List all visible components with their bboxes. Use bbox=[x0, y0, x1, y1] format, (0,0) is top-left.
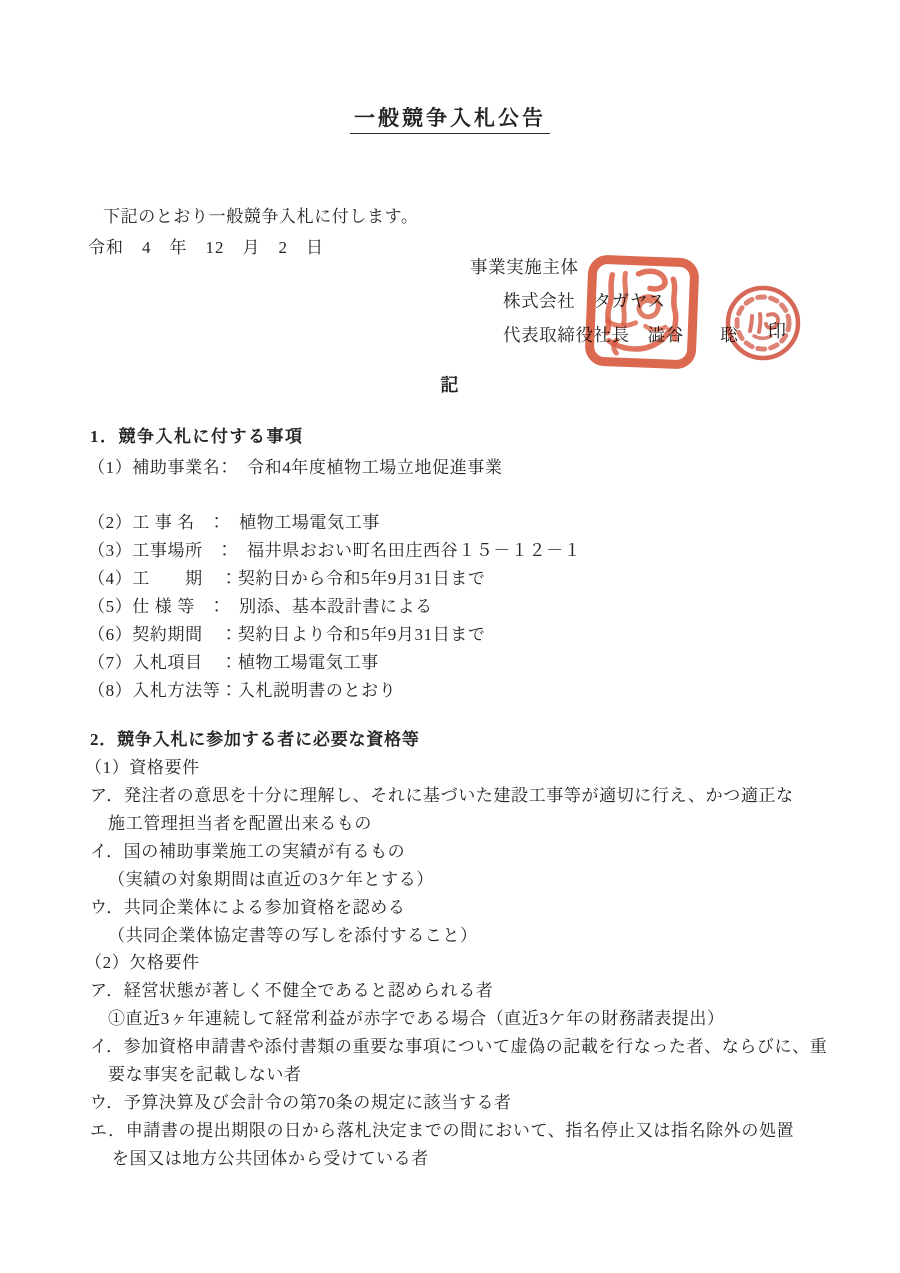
section1-item-7: （7）入札項目 ：植物工場電気工事 bbox=[88, 651, 379, 675]
sub2-item-b-line1: イ．参加資格申請書や添付書類の重要な事項について虚偽の記載を行なった者、ならびに… bbox=[90, 1035, 827, 1059]
sub1-item-b-line2: （実績の対象期間は直近の3ケ年とする） bbox=[108, 868, 434, 892]
sub2-item-d-line1: エ．申請書の提出期限の日から落札決定までの間において、指名停止又は指名除外の処置 bbox=[90, 1119, 794, 1143]
section1-item-5: （5）仕 様 等 ： 別添、基本設計書による bbox=[88, 595, 433, 619]
page-title: 一般競争入札公告 bbox=[0, 102, 900, 132]
sub1-item-a-line1: ア．発注者の意思を十分に理解し、それに基づいた建設工事等が適切に行え、かつ適正な bbox=[90, 784, 794, 808]
document-page: 一般競争入札公告 下記のとおり一般競争入札に付します。 令和 4 年 12 月 … bbox=[0, 0, 900, 1273]
section1-item-6: （6）契約期間 ：契約日より令和5年9月31日まで bbox=[88, 623, 486, 647]
section1-item-2: （2）工 事 名 ： 植物工場電気工事 bbox=[88, 511, 380, 535]
sub2-item-c-line1: ウ．予算決算及び会計令の第70条の規定に該当する者 bbox=[90, 1091, 512, 1115]
section1-item-1: （1）補助事業名： 令和4年度植物工場立地促進事業 bbox=[88, 456, 503, 480]
record-mark: 記 bbox=[0, 371, 900, 397]
company-square-seal-stamp bbox=[582, 252, 702, 372]
round-seal-stamp bbox=[724, 284, 802, 362]
sub1-item-a-line2: 施工管理担当者を配置出来るもの bbox=[108, 812, 372, 836]
sub2-item-b-line2: 要な事実を記載しない者 bbox=[108, 1063, 302, 1087]
intro-text: 下記のとおり一般競争入札に付します。 bbox=[103, 205, 418, 229]
sub2-item-a-line2: ①直近3ヶ年連続して経常利益が赤字である場合（直近3ケ年の財務諸表提出） bbox=[108, 1007, 725, 1031]
section1-heading: 1．競争入札に付する事項 bbox=[90, 425, 304, 449]
issuer-label: 事業実施主体 bbox=[470, 255, 579, 279]
section1-item-8: （8）入札方法等：入札説明書のとおり bbox=[88, 679, 396, 703]
section2-sub2-heading: （2）欠格要件 bbox=[85, 951, 200, 975]
sub1-item-c-line1: ウ．共同企業体による参加資格を認める bbox=[90, 896, 405, 920]
date-line: 令和 4 年 12 月 2 日 bbox=[88, 236, 324, 260]
section1-item-3: （3）工事場所 ： 福井県おおい町名田庄西谷１５－１２－１ bbox=[88, 539, 581, 563]
section1-item-4: （4）工 期 ：契約日から令和5年9月31日まで bbox=[88, 567, 486, 591]
sub1-item-c-line2: （共同企業体協定書等の写しを添付すること） bbox=[108, 924, 478, 948]
sub1-item-b-line1: イ．国の補助事業施工の実績が有るもの bbox=[90, 840, 405, 864]
section2-sub1-heading: （1）資格要件 bbox=[85, 756, 200, 780]
sub2-item-d-line2: を国又は地方公共団体から受けている者 bbox=[112, 1147, 429, 1171]
sub2-item-a-line1: ア．経営状態が著しく不健全であると認められる者 bbox=[90, 979, 493, 1003]
section2-heading: 2．競争入札に参加する者に必要な資格等 bbox=[90, 728, 420, 752]
